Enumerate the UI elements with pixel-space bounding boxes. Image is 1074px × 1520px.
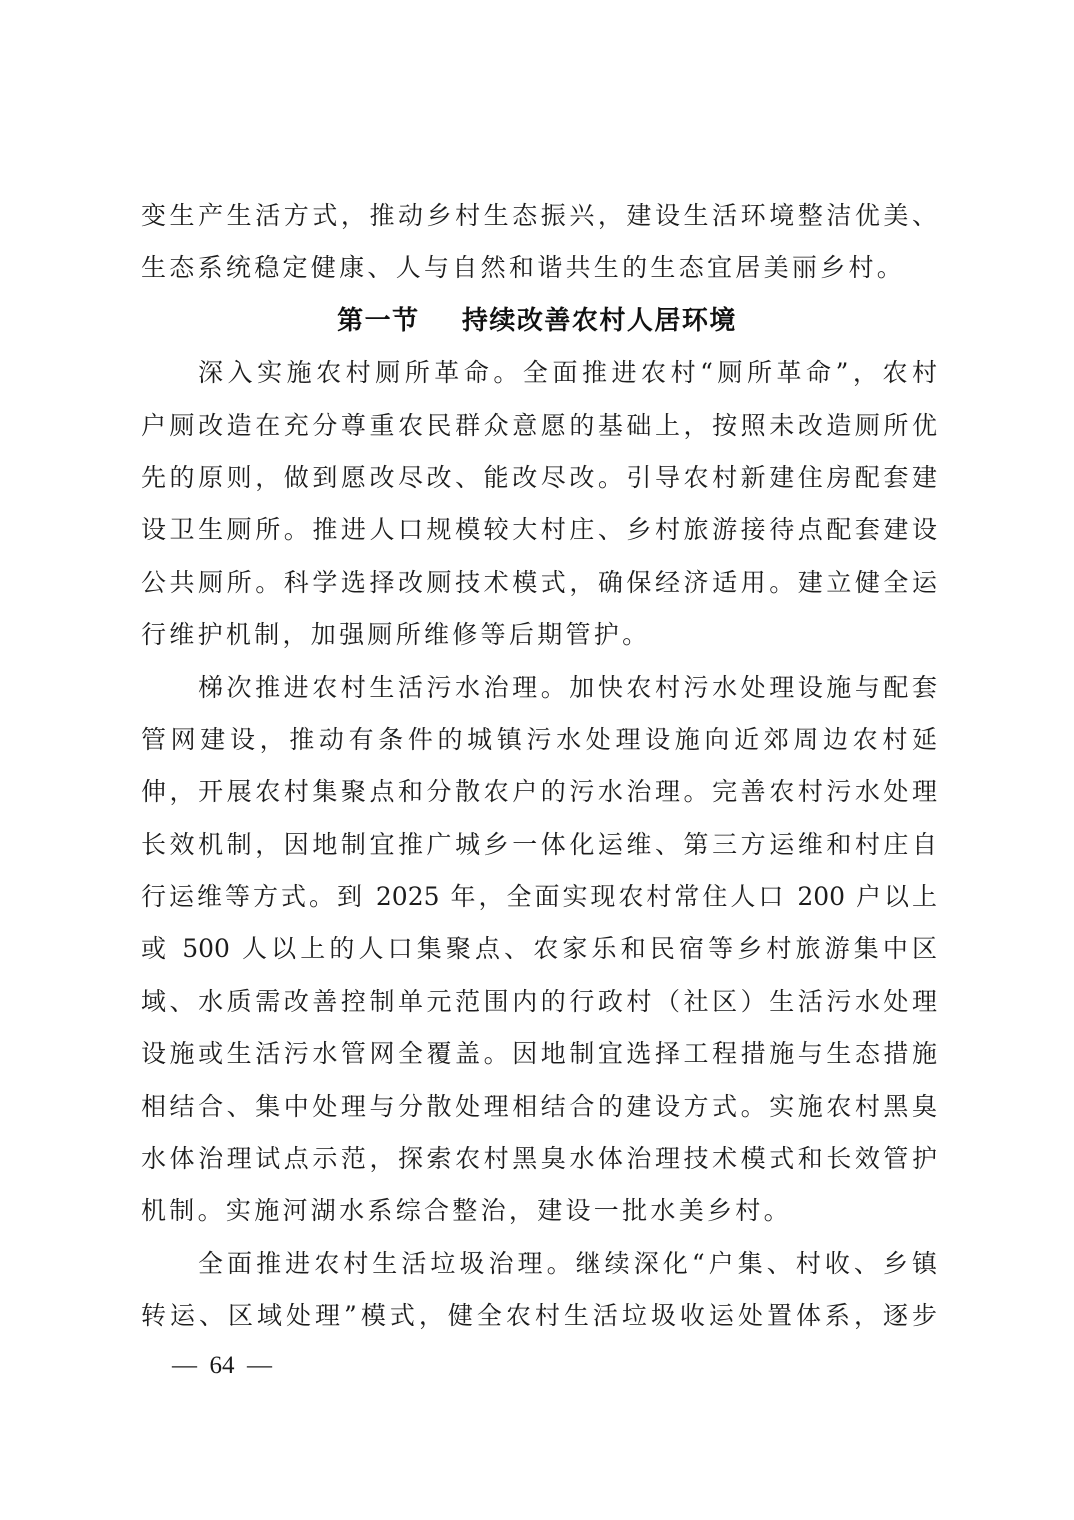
paragraph-line: 设施或生活污水管网全覆盖。因地制宜选择工程措施与生态措施 — [141, 1028, 937, 1080]
paragraph-line: 相结合、集中处理与分散处理相结合的建设方式。实施农村黑臭 — [141, 1081, 937, 1133]
paragraph-line: 行运维等方式。到 2025 年，全面实现农村常住人口 200 户以上 — [141, 871, 937, 923]
paragraph-line: 深入实施农村厕所革命。全面推进农村“厕所革命”，农村 — [141, 347, 937, 399]
paragraph-toilet-revolution: 深入实施农村厕所革命。全面推进农村“厕所革命”，农村 户厕改造在充分尊重农民群众… — [141, 347, 937, 661]
paragraph-line: 全面推进农村生活垃圾治理。继续深化“户集、村收、乡镇 — [141, 1238, 937, 1290]
paragraph-sewage-treatment: 梯次推进农村生活污水治理。加快农村污水处理设施与配套 管网建设，推动有条件的城镇… — [141, 662, 937, 1238]
paragraph-line: 行维护机制，加强厕所维修等后期管护。 — [141, 609, 937, 661]
paragraph-garbage-treatment: 全面推进农村生活垃圾治理。继续深化“户集、村收、乡镇 转运、区域处理”模式，健全… — [141, 1238, 937, 1343]
document-page: 变生产生活方式，推动乡村生态振兴，建设生活环境整洁优美、 生态系统稳定健康、人与… — [0, 0, 1074, 1520]
paragraph-line: 伸，开展农村集聚点和分散农户的污水治理。完善农村污水处理 — [141, 766, 937, 818]
paragraph-line: 转运、区域处理”模式，健全农村生活垃圾收运处置体系，逐步 — [141, 1290, 937, 1342]
paragraph-line: 水体治理试点示范，探索农村黑臭水体治理技术模式和长效管护 — [141, 1133, 937, 1185]
paragraph-line: 户厕改造在充分尊重农民群众意愿的基础上，按照未改造厕所优 — [141, 400, 937, 452]
page-body: 变生产生活方式，推动乡村生态振兴，建设生活环境整洁优美、 生态系统稳定健康、人与… — [141, 190, 937, 1343]
paragraph-line: 先的原则，做到愿改尽改、能改尽改。引导农村新建住房配套建 — [141, 452, 937, 504]
paragraph-line: 梯次推进农村生活污水治理。加快农村污水处理设施与配套 — [141, 662, 937, 714]
paragraph-line: 长效机制，因地制宜推广城乡一体化运维、第三方运维和村庄自 — [141, 819, 937, 871]
paragraph-line: 公共厕所。科学选择改厕技术模式，确保经济适用。建立健全运 — [141, 557, 937, 609]
paragraph-line: 机制。实施河湖水系综合整治，建设一批水美乡村。 — [141, 1185, 937, 1237]
section-heading: 第一节 持续改善农村人居环境 — [0, 295, 1074, 347]
paragraph-line: 设卫生厕所。推进人口规模较大村庄、乡村旅游接待点配套建设 — [141, 504, 937, 556]
paragraph-line: 管网建设，推动有条件的城镇污水处理设施向近郊周边农村延 — [141, 714, 937, 766]
page-number: — 64 — — [172, 1352, 272, 1380]
intro-line-2: 生态系统稳定健康、人与自然和谐共生的生态宜居美丽乡村。 — [141, 242, 937, 294]
intro-line-1: 变生产生活方式，推动乡村生态振兴，建设生活环境整洁优美、 — [141, 190, 937, 242]
paragraph-line: 域、水质需改善控制单元范围内的行政村（社区）生活污水处理 — [141, 976, 937, 1028]
paragraph-line: 或 500 人以上的人口集聚点、农家乐和民宿等乡村旅游集中区 — [141, 923, 937, 975]
